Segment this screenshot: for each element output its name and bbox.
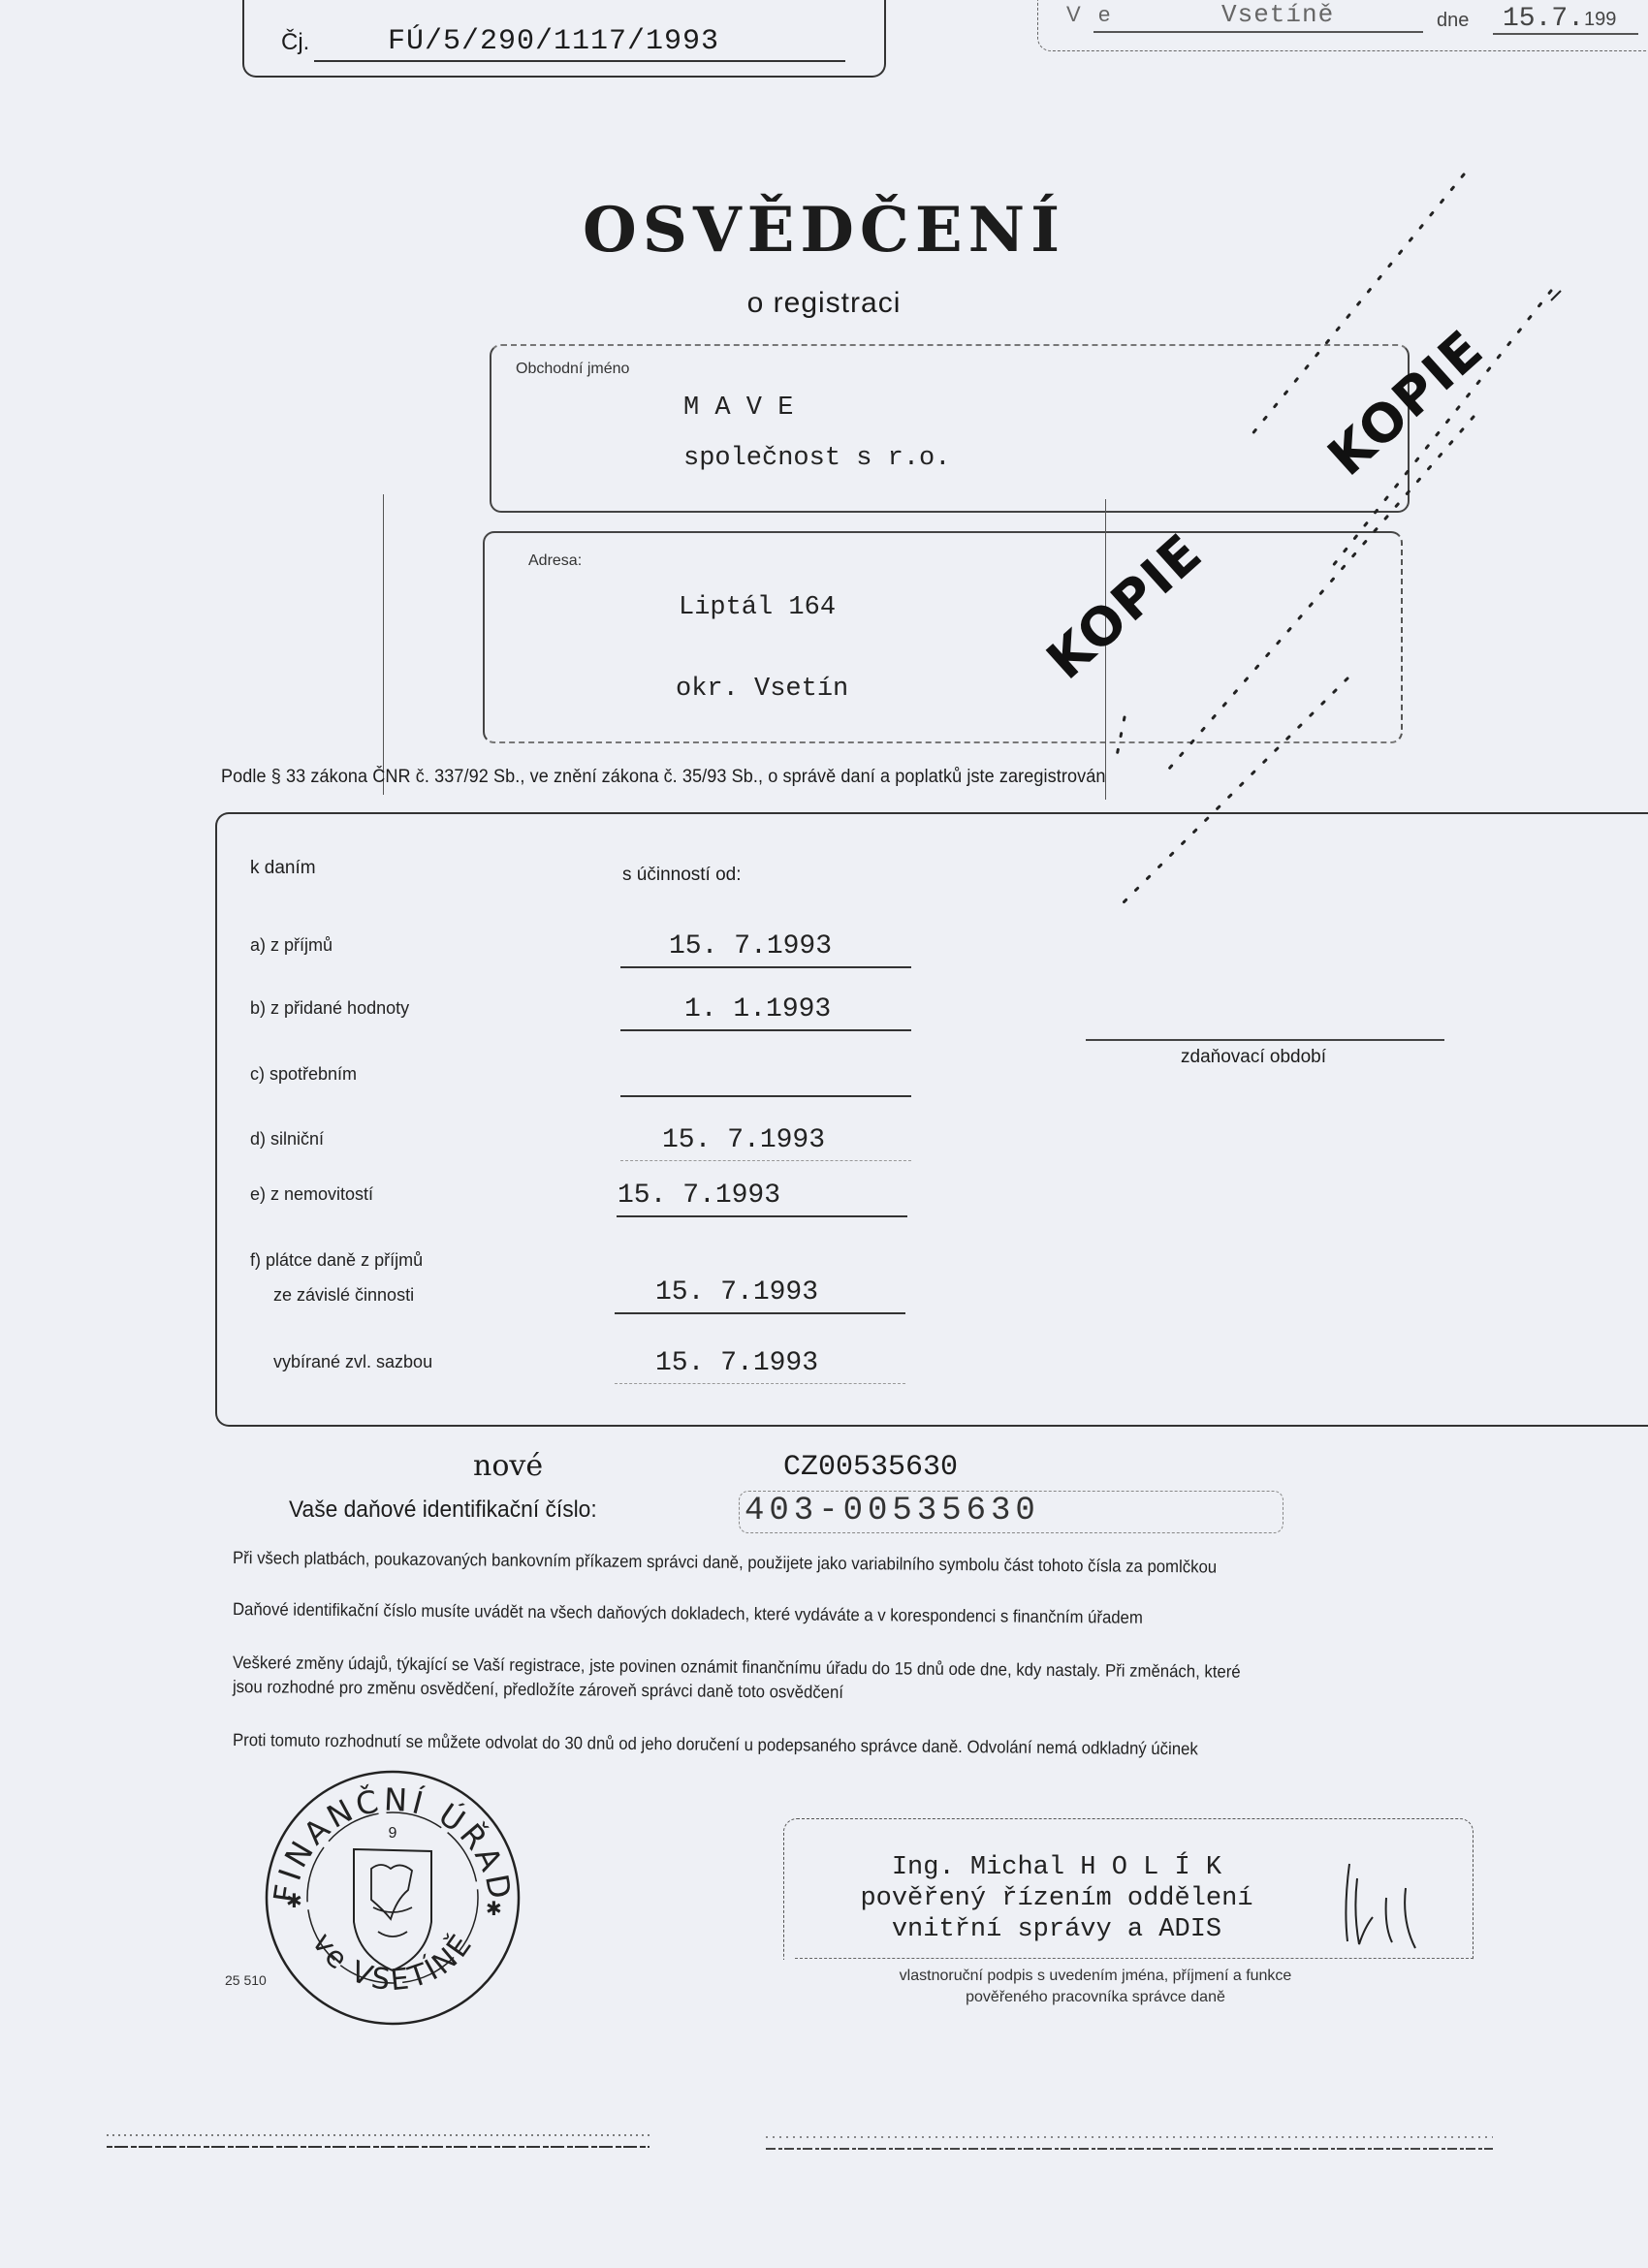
copy-stamp-dotted-lines <box>0 0 1648 2268</box>
scan-noise-strip <box>107 2127 1493 2151</box>
